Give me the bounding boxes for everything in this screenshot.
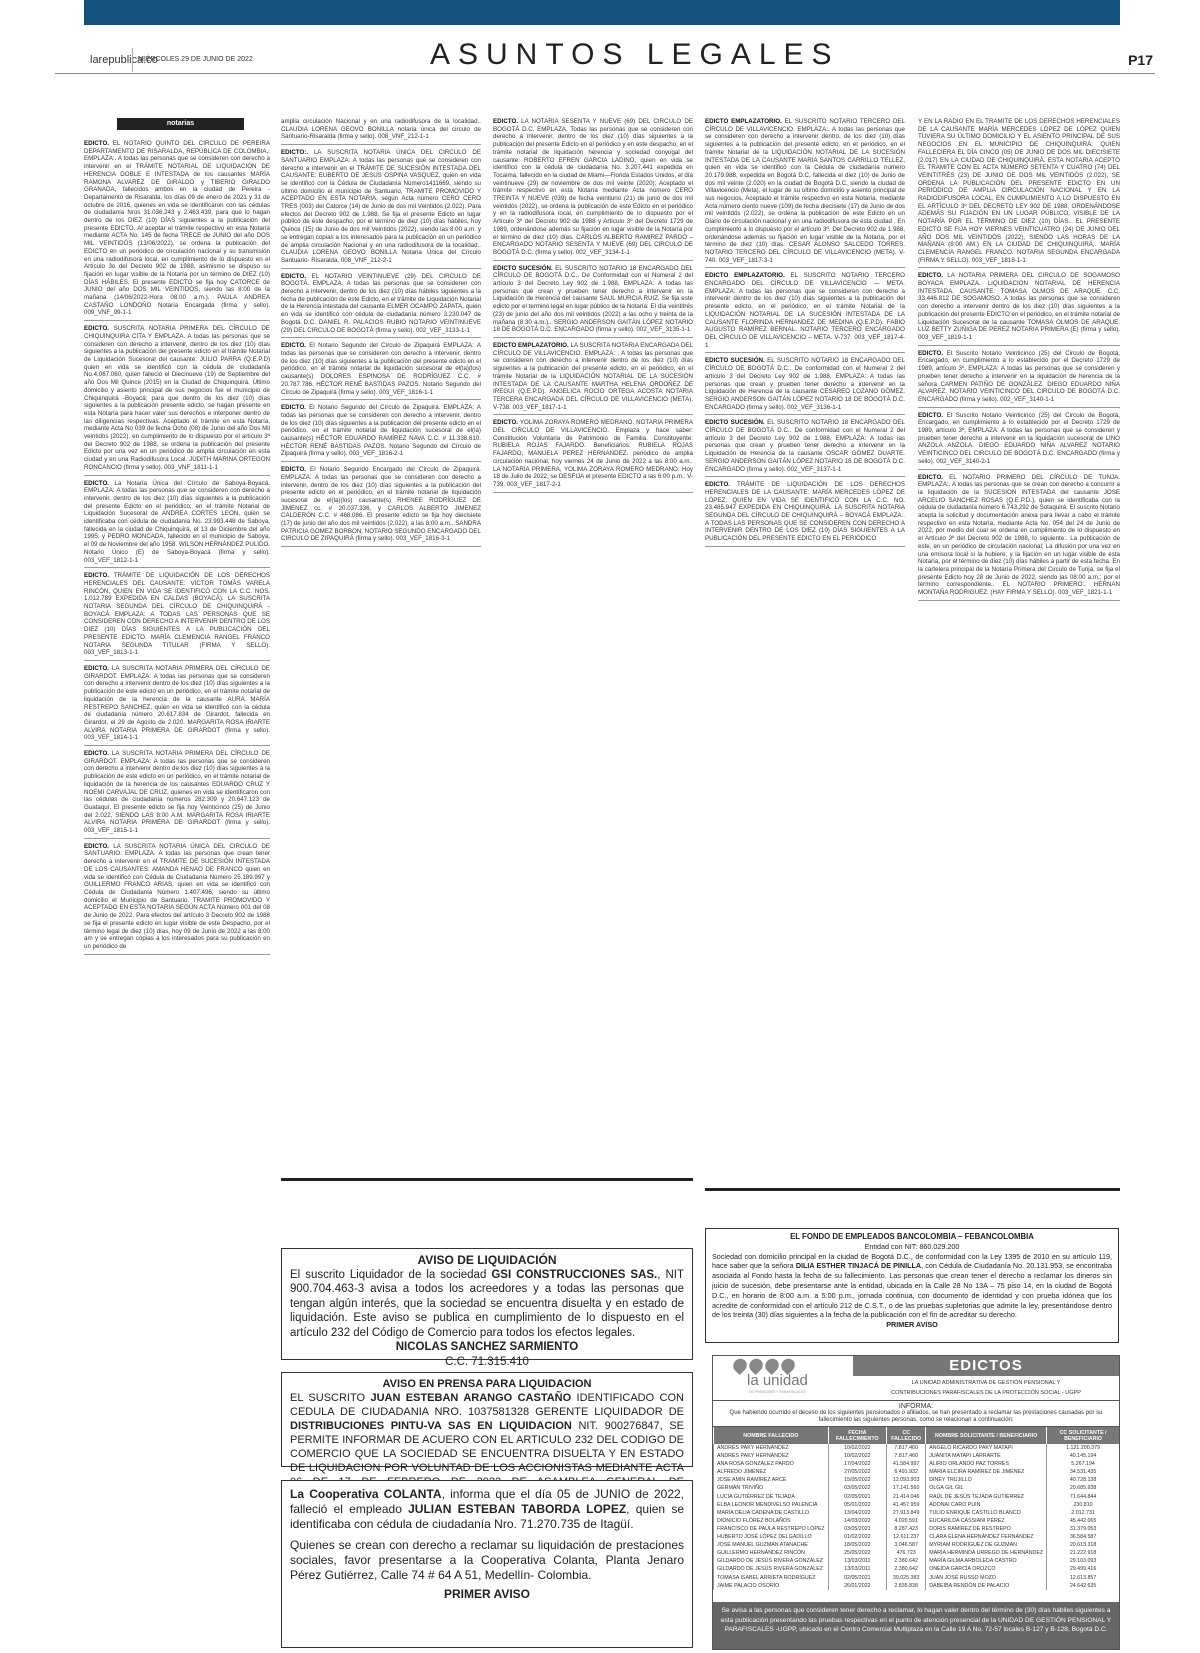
logo-text: la unidad [747,1372,808,1389]
edict-text: SUSCRITA NOTARIA PRIMERA DEL CÍRCULO DE … [84,325,270,471]
liquidator-name: JUAN ESTEBAN ARANGO CASTAÑO [370,1392,571,1404]
table-cell: JUANITA MATAPI LARRARTE [926,1452,1047,1460]
edict-notice: EDICTO. El Notario Segundo del Círculo d… [281,404,481,462]
ad-text: Quienes se crean con derecho a reclamar … [290,1538,684,1583]
drops-icon [733,1359,795,1372]
column-2: amplia circulación Nacional y en una rad… [281,118,481,1173]
edict-lead: EDICTO. [84,750,109,757]
table-cell: 8.287.423 [887,1525,926,1533]
table-cell: 18/05/2022 [828,1541,886,1549]
table-cell: 7.817.460 [887,1444,926,1452]
edict-lead: EDICTO SUCESIÓN. [705,419,765,426]
edict-lead: EDICTO. [493,419,518,426]
edict-text: EL SUSCRITO NOTARIO TERCERO ENCARGADO DE… [705,272,905,348]
signer-name: NICOLAS SANCHEZ SARMIENTO [396,1341,579,1353]
edict-lead: EDICTO. [918,412,943,419]
table-cell: 26/01/2022 [828,1582,886,1590]
table-cell: 21.414.046 [887,1493,926,1501]
table-cell: 5.267.194 [1047,1460,1119,1468]
edict-notice: EDICTO. LA SUSCRITA NOTARIA PRIMERA DEL … [84,750,270,839]
column-header: CC FALLECIDO [887,1427,926,1444]
edict-text: El Notario Segundo del Círculo de Zipaqu… [281,342,481,395]
edict-notice: EDICTO:. LA SUSCRITA NOTARIA ÚNICA DEL C… [281,149,481,269]
edict-text: EL NOTARIO PRIMERO DEL CÍRCULO DE TUNJA.… [918,474,1120,597]
edict-notice: EDICTO. El Notario Segundo Encargado del… [281,466,481,547]
table-cell: 1.121.200.379 [1047,1444,1119,1452]
table-cell: 25/05/2022 [828,1549,886,1557]
issue-date: MIÉRCOLES 29 DE JUNIO DE 2022 [138,56,253,63]
table-cell: ANDRÉS PAKY HERNÁNDEZ [714,1452,829,1460]
section-divider [281,1178,693,1181]
table-row: GILDARDO DE JESÚS RIVERA GONZÁLEZ13/03/2… [714,1565,1120,1573]
table-cell: DINEY TRUJILLO [926,1476,1047,1484]
table-cell: CLARA ELENA HERNÁNDEZ FERNÁNDEZ [926,1533,1047,1541]
top-color-bar [84,0,1120,25]
beneficiaries-table: NOMBRE FALLECIDOFECHA FALLECIMIENTOCC FA… [713,1427,1119,1590]
table-cell: 29.499.416 [1047,1565,1119,1573]
table-cell: 27/05/2022 [828,1468,886,1476]
table-cell: 13/03/2011 [828,1565,886,1573]
edict-notice: EDICTO. SUSCRITA NOTARIA PRIMERA DEL CÍR… [84,325,270,475]
deceased-name: DILIA ESTHER TINJACÁ DE PINILLA [796,1261,921,1270]
column-header: CC SOLICITANTE / BENEFICIARIO [1047,1427,1119,1444]
edict-lead: EDICTO. [918,474,943,481]
table-cell: MARÍA ELCIRA RAMÍREZ DE JIMÉNEZ [926,1468,1047,1476]
table-cell: 05/01/2022 [828,1501,886,1509]
table-cell: ANGELO RICARDO PAKY MATAPI [926,1444,1047,1452]
signer-id: C.C. 71.315.410 [290,1355,684,1370]
edict-notice: EDICTO. La Notaría Única del Círculo de … [84,480,270,569]
table-cell: 03/05/2022 [828,1484,886,1492]
edict-text: LA NOTARIA PRIMERA DEL CIRCULO DE SOGAMO… [918,272,1120,341]
ad-text: El suscrito Liquidador de la sociedad [290,1269,491,1281]
table-cell: 15/05/2022 [828,1476,886,1484]
edict-notice: EDICTO SUCESIÓN. EL SUSCRITO NOTARIO 18 … [705,357,905,415]
edict-lead: EDICTO. [84,480,109,487]
table-cell: 40.728.138 [1047,1476,1119,1484]
table-cell: 31.379.053 [1047,1525,1119,1533]
edict-lead: EDICTO. [281,404,306,411]
edict-notice: Y EN LA RADIO EN EL TRAMITE DE LOS DEREC… [918,118,1120,268]
edict-lead: EDICTO. [84,665,109,672]
edict-lead: EDICTO. [84,843,109,850]
edict-notice: EDICTO. El Notario Segundo del Círculo d… [281,342,481,400]
edictos-banner: EDICTOS [853,1356,1119,1376]
table-cell: 12.093.903 [887,1476,926,1484]
table-cell: 13/03/2011 [828,1557,886,1565]
table-row: TOMASA ISABEL ARRIETA RODRÍGUEZ02/05/202… [714,1574,1120,1582]
table-cell: 29.103.093 [1047,1557,1119,1565]
table-cell: 12.613.857 [1047,1574,1119,1582]
table-cell: DABEIBA RENDÓN DE PALACIO [926,1582,1047,1590]
edict-lead: EDICTO. [84,572,109,579]
edict-text: LA SUSCRITA NOTARIA ENCARGADA DEL CÍRCUL… [493,342,693,411]
table-cell: ONEIDA GARCÍA OROZCO [926,1565,1047,1573]
table-cell: 24.642.635 [1047,1582,1119,1590]
edict-text: EL NOTARIO QUINTO DEL CÍRCULO DE PEREIRA… [84,140,270,316]
edict-text: EL SUSCRITO NOTARIO 18 ENCARGADO DEL CÍR… [493,265,693,334]
table-cell: LUCÍA GUTIÉRREZ DE TEJADA [714,1493,829,1501]
edict-lead: EDICTO. [281,342,306,349]
edict-lead: EDICTO. [493,118,518,125]
edict-lead: EDICTO. [84,140,109,147]
ad-footer: PRIMER AVISO [886,1320,938,1329]
edict-text: EL SUSCRITO NOTARIO 18 ENCARGADO DEL CÍR… [705,357,905,410]
table-cell: 45.442.065 [1047,1517,1119,1525]
colanta-ad: La Cooperativa COLANTA, informa que el d… [281,1480,693,1648]
table-row: GILDARDO DE JESÚS RIVERA GONZÁLEZ13/03/2… [714,1557,1120,1565]
table-cell: 41.584.997 [887,1460,926,1468]
table-row: ALFREDO JIMÉNEZ27/05/20226.491.932MARÍA … [714,1468,1120,1476]
table-cell: 17.141.560 [887,1484,926,1492]
edict-text: El Suscrito Notario Veinticinco (25) del… [918,412,1120,465]
table-cell: GILDARDO DE JESÚS RIVERA GONZÁLEZ [714,1565,829,1573]
table-cell: 71.644.844 [1047,1493,1119,1501]
category-label: notarias [117,118,244,130]
entity-name: LA UNIDAD ADMINISTRATIVA DE GESTIÓN PENS… [853,1378,1119,1388]
edict-text: EL SUSCRITO NOTARIO 18 ENCARGADO DEL CÍR… [705,419,905,472]
company-name: GSI CONSTRUCCIONES SAS. [491,1269,657,1281]
table-cell: 39.025.383 [887,1574,926,1582]
table-row: JAIME PALACIO OSORIO26/01/20222.835.838D… [714,1582,1120,1590]
edict-notice: EDICTO. TRÁMITE DE LIQUIDACIÓN DE LOS DE… [84,572,270,661]
table-row: DIONICIO FLÓREZ BOLAÑOS14/03/20224.020.5… [714,1517,1120,1525]
table-row: JOSE AMIN RAMÍREZ ARCE15/05/202212.093.9… [714,1476,1120,1484]
masthead: larepublica.co MIÉRCOLES 29 DE JUNIO DE … [55,44,1155,74]
table-cell: TOMASA ISABEL ARRIETA RODRÍGUEZ [714,1574,829,1582]
column-4: EDICTO EMPLAZATORIO. EL SUSCRITO NOTARIO… [705,118,905,1118]
edict-text: El Suscrito Notario Veinticinco (25) del… [918,350,1120,403]
informa-heading: INFORMA: [717,1403,1115,1410]
edict-notice: EDICTO SUCESIÓN. EL SUSCRITO NOTARIO 18 … [493,265,693,338]
section-title: ASUNTOS LEGALES [430,38,840,72]
table-cell: ALFREDO JIMÉNEZ [714,1468,829,1476]
table-cell: 2.835.838 [887,1582,926,1590]
edict-text: LA NOTARIA SESENTA Y NUEVE (69) DEL CIRC… [493,118,693,256]
masthead-divider [132,48,133,72]
edict-notice: EDICTO. LA SUSCRITA NOTARIA ÚNICA DEL CI… [84,843,270,955]
edict-notice: EDICTO EMPLAZATORIO. LA SUSCRITA NOTARIA… [493,342,693,415]
aviso-liquidacion-ad: AVISO DE LIQUIDACIÓN El suscrito Liquida… [281,1248,693,1360]
edict-notice: EDICTO. El Suscrito Notario Veinticinco … [918,412,1120,470]
edict-text: LA SUSCRITA NOTARIA ÚNICA DEL CIRCULO DE… [281,149,481,264]
edict-lead: EDICTO EMPLAZATORIO. [493,342,569,349]
edict-notice: EDICTO SUCESIÓN. EL SUSCRITO NOTARIO 18 … [705,419,905,477]
table-cell: JAIME PALACIO OSORIO [714,1582,829,1590]
edict-lead: EDICTO. [918,272,943,279]
table-cell: 230.810 [1047,1501,1119,1509]
edict-text: LA SUSCRITA NOTARIA PRIMERA DEL CÍRCULO … [84,665,270,741]
table-row: MARÍA DELIA CADENA DE CASTILLO13/04/2022… [714,1509,1120,1517]
entity-name: CONTRIBUCIONES PARAFISCALES DE LA PROTEC… [853,1388,1119,1398]
table-row: ANDRÉS PAKY HERNÁNDEZ10/02/20227.817.460… [714,1452,1120,1460]
column-5: Y EN LA RADIO EN EL TRAMITE DE LOS DEREC… [918,118,1120,1118]
febancolombia-ad: EL FONDO DE EMPLEADOS BANCOLOMBIA – FEBA… [705,1228,1119,1343]
table-cell: 7.817.460 [887,1452,926,1460]
edict-lead: EDICTO SUCESIÓN. [705,357,765,364]
table-row: HUBERTO JOSÉ LÓPEZ DELGADILLO01/02/20221… [714,1533,1120,1541]
edict-notice: EDICTO. YOLIMA ZORAYA ROMERO MEDRANO. NO… [493,419,693,492]
edict-text: TRÁMITE DE LIQUIDACIÓN DE LOS DERECHOS H… [705,481,905,542]
table-cell: DORIS RAMÍREZ DE RESTREPO [926,1525,1047,1533]
table-cell: 13/04/2022 [828,1509,886,1517]
edict-text: El Notario Segundo Encargado del Círculo… [281,466,481,542]
table-cell: OLGA GIL GIL [926,1484,1047,1492]
table-row: ANDRÉS PAKY HERNÁNDEZ10/02/20227.817.460… [714,1444,1120,1452]
table-cell: 02/05/2021 [828,1493,886,1501]
table-cell: ADONAI CARO PUIN [926,1501,1047,1509]
table-cell: MYRIAM RODRÍGUEZ DE GUZMÁN [926,1541,1047,1549]
table-cell: 41.457.959 [887,1501,926,1509]
edict-text: El Notario Segundo del Círculo de Zipaqu… [281,404,481,457]
table-cell: 27.913.849 [887,1509,926,1517]
table-cell: ANA ROSA GONZÁLEZ PARDO [714,1460,829,1468]
edict-notice: EDICTO. LA SUSCRITA NOTARIA PRIMERA DEL … [84,665,270,746]
ugpp-logo: la unidad DE PENSIONES Y PARAFISCALES [713,1356,853,1400]
table-cell: 34.531.435 [1047,1468,1119,1476]
edict-lead: EDICTO. [705,481,730,488]
edict-text: EL NOTARIO VEINTINUEVE (29) DEL CIRCULO … [281,273,481,334]
table-cell: GUILLERMO HERNÁNDEZ RINCÓN [714,1549,829,1557]
table-cell: 01/02/2022 [828,1533,886,1541]
edict-lead: EDICTO:. [281,149,308,156]
table-cell: 14/03/2022 [828,1517,886,1525]
edict-notice: EDICTO EMPLAZATORIO. EL SUSCRITO NOTARIO… [705,272,905,353]
ad-footer: PRIMER AVISO [290,1587,684,1602]
ad-title: AVISO EN PRENSA PARA LIQUIDACION [290,1377,684,1391]
table-cell: MARÍA GILMA ARBOLEDA CASTRO [926,1557,1047,1565]
edict-lead: EDICTO. [281,273,306,280]
table-cell: DIONICIO FLÓREZ BOLAÑOS [714,1517,829,1525]
edict-lead: EDICTO. [918,350,943,357]
table-cell: 10/02/2022 [828,1452,886,1460]
ugpp-footer-notice: Se avisa a las personas que consideren t… [713,1602,1119,1649]
employee-name: JULIAN ESTEBAN TABORDA LOPEZ [408,1502,626,1516]
edict-notice: EDICTO. EL NOTARIO PRIMERO DEL CÍRCULO D… [918,474,1120,601]
table-cell: 2.012.731 [1047,1509,1119,1517]
ad-text: EL SUSCRITO [290,1392,370,1404]
table-cell: GERMÁN TRIVIÑO [714,1484,829,1492]
column-1: EDICTO. EL NOTARIO QUINTO DEL CÍRCULO DE… [84,140,270,1653]
table-row: GUILLERMO HERNÁNDEZ RINCÓN25/05/2022476.… [714,1549,1120,1557]
edict-notice: EDICTO. LA NOTARIA SESENTA Y NUEVE (69) … [493,118,693,261]
column-header: NOMBRE FALLECIDO [714,1427,829,1444]
table-cell: HUBERTO JOSÉ LÓPEZ DELGADILLO [714,1533,829,1541]
table-cell: 3.046.587 [887,1541,926,1549]
table-cell: 36.584.587 [1047,1533,1119,1541]
table-cell: 2.380.642 [887,1557,926,1565]
table-row: LUCÍA GUTIÉRREZ DE TEJADA02/05/202121.41… [714,1493,1120,1501]
logo-subtext: DE PENSIONES Y PARAFISCALES [749,1390,806,1394]
edict-text: La Notaría Única del Círculo de Saboya-B… [84,480,270,564]
org-name: La Cooperativa COLANTA [290,1487,442,1501]
table-cell: EUCARILDA CASSIANI PÉREZ [926,1517,1047,1525]
table-row: JOSÉ MANUEL GUZMÁN ATANACHE18/05/20223.0… [714,1541,1120,1549]
edict-lead: EDICTO. [281,466,306,473]
table-cell: 476.723 [887,1549,926,1557]
table-cell: 20.685.938 [1047,1484,1119,1492]
edict-notice: EDICTO. EL NOTARIO VEINTINUEVE (29) DEL … [281,273,481,339]
edict-notice: EDICTO. El Suscrito Notario Veinticinco … [918,350,1120,408]
edict-lead: EDICTO EMPLAZATORIO. [705,272,785,279]
column-header: FECHA FALLECIMIENTO [828,1427,886,1444]
edict-text: Y EN LA RADIO EN EL TRAMITE DE LOS DEREC… [918,118,1120,264]
table-cell: 4.020.591 [887,1517,926,1525]
company-name: DISTRIBUCIONES PINTU-VA SAS EN LIQUIDACI… [290,1420,572,1432]
table-cell: 2.380.642 [887,1565,926,1573]
table-cell: JOSÉ MANUEL GUZMÁN ATANACHE [714,1541,829,1549]
column-3: EDICTO. LA NOTARIA SESENTA Y NUEVE (69) … [493,118,693,1173]
edict-text: amplia circulación Nacional y en una rad… [281,118,481,140]
ad-title: EL FONDO DE EMPLEADOS BANCOLOMBIA – FEBA… [712,1232,1112,1242]
page-number: P17 [1128,52,1153,68]
table-cell: 21.222.918 [1047,1549,1119,1557]
aviso-prensa-ad: AVISO EN PRENSA PARA LIQUIDACION EL SUSC… [281,1372,693,1467]
table-cell: JOSE AMIN RAMÍREZ ARCE [714,1476,829,1484]
table-cell: 6.491.932 [887,1468,926,1476]
edict-text: LA SUSCRITA NOTARIA ÚNICA DEL CIRCULO DE… [84,843,270,950]
table-cell: 02/05/2021 [828,1574,886,1582]
edict-text: LA SUSCRITA NOTARIA PRIMERA DEL CÍRCULO … [84,750,270,834]
table-row: GERMÁN TRIVIÑO03/05/202217.141.560OLGA G… [714,1484,1120,1492]
section-divider [705,1188,1120,1191]
table-cell: 12.611.237 [887,1533,926,1541]
table-cell: RAÚL DE JESÚS TEJADA GUTIÉRREZ [926,1493,1047,1501]
table-row: FRANCISCO DE PAULA RESTREPO LÓPEZ03/05/2… [714,1525,1120,1533]
table-row: ELBA LEONOR MENDIVELSO PALENCIA05/01/202… [714,1501,1120,1509]
table-cell: 20.613.318 [1047,1541,1119,1549]
edict-text: YOLIMA ZORAYA ROMERO MEDRANO. NOTARIA PR… [493,419,693,488]
edict-notice: amplia circulación Nacional y en una rad… [281,118,481,145]
edict-lead: EDICTO EMPLAZATORIO. [705,118,782,125]
table-cell: 03/05/2021 [828,1525,886,1533]
edict-notice: EDICTO. TRÁMITE DE LIQUIDACIÓN DE LOS DE… [705,481,905,547]
table-cell: JUAN JOSÉ RUSSO MOZO [926,1574,1047,1582]
edict-lead: EDICTO SUCESIÓN. [493,265,553,272]
table-cell: GILDARDO DE JESÚS RIVERA GONZÁLEZ [714,1557,829,1565]
column-header: NOMBRE SOLICITANTE / BENEFICIARIO [926,1427,1047,1444]
ugpp-edictos-ad: la unidad DE PENSIONES Y PARAFISCALES ED… [712,1355,1120,1650]
table-cell: 10/02/2022 [828,1444,886,1452]
table-cell: ANDRÉS PAKY HERNÁNDEZ [714,1444,829,1452]
edict-text: TRÁMITE DE LIQUIDACIÓN DE LOS DERECHOS H… [84,572,270,656]
table-cell: ELBA LEONOR MENDIVELSO PALENCIA [714,1501,829,1509]
table-cell: ALIRIO ORLANDO PAZ TORRES [926,1460,1047,1468]
edict-notice: EDICTO EMPLAZATORIO. EL SUSCRITO NOTARIO… [705,118,905,268]
edict-text: EL SUSCRITO NOTARIO TERCERO DEL CÍRCULO … [705,118,905,264]
edict-notice: EDICTO. EL NOTARIO QUINTO DEL CÍRCULO DE… [84,140,270,321]
edict-lead: EDICTO. [84,325,109,332]
table-cell: MARÍA HERMINDA URREGO DE HERNÁNDEZ [926,1549,1047,1557]
table-cell: 40.145.194 [1047,1452,1119,1460]
ad-title: AVISO DE LIQUIDACIÓN [290,1253,684,1268]
table-cell: 17/04/2022 [828,1460,886,1468]
edict-notice: EDICTO. LA NOTARIA PRIMERA DEL CIRCULO D… [918,272,1120,345]
table-cell: TULIO ENRIQUE CASTILLO BLANCO [926,1509,1047,1517]
informa-text: Que habiendo ocurrido el deceso de los s… [717,1410,1115,1424]
table-cell: MARÍA DELIA CADENA DE CASTILLO [714,1509,829,1517]
table-row: ANA ROSA GONZÁLEZ PARDO17/04/202241.584.… [714,1460,1120,1468]
nit: Entidad con NIT: 860.029.200 [712,1242,1112,1252]
table-cell: FRANCISCO DE PAULA RESTREPO LÓPEZ [714,1525,829,1533]
